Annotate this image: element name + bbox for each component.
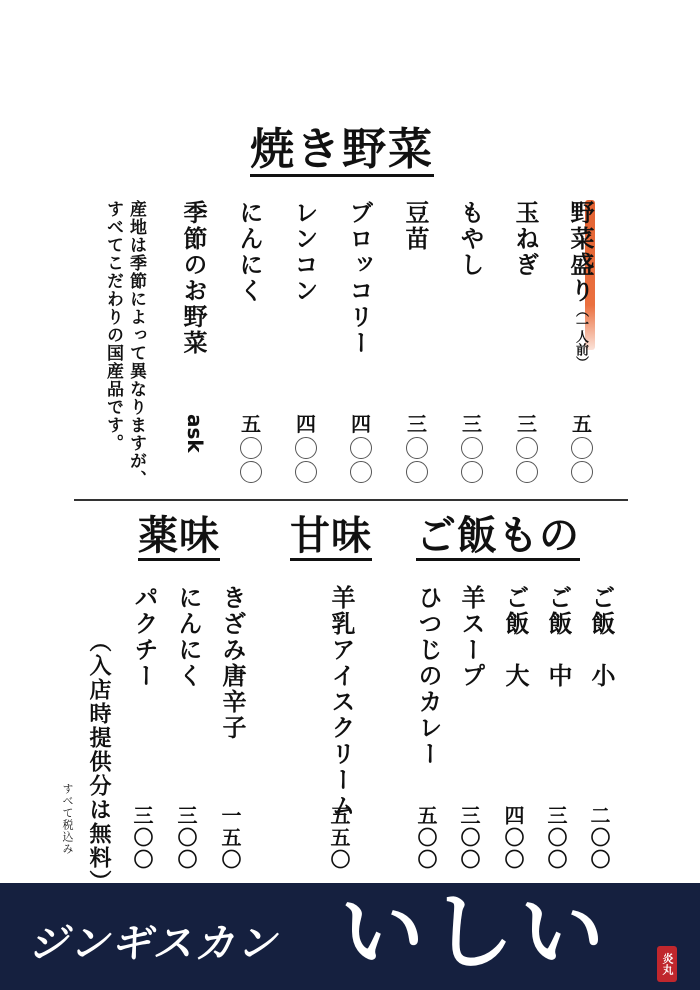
menu-item-ninniku: にんにく bbox=[237, 200, 261, 304]
section-title-yakumi: 薬味 bbox=[138, 512, 220, 561]
price-broccoli: 四 bbox=[347, 414, 375, 484]
menu-item-renkon: レンコン bbox=[292, 200, 316, 304]
section-title-gohan: ご飯もの bbox=[416, 512, 580, 561]
price-hitsuji-curry: 五〇〇 bbox=[416, 805, 436, 871]
menu-item-tamanegi: 玉ねぎ bbox=[513, 200, 537, 278]
price-gohan-chu: 三〇〇 bbox=[546, 805, 566, 871]
price-yasai-mori: 五 bbox=[568, 414, 596, 484]
portion-note: （一人前） bbox=[573, 304, 588, 369]
menu-item-toumyou: 豆苗 bbox=[403, 200, 427, 252]
seal-stamp: 炎丸 bbox=[657, 946, 677, 982]
menu-item-broccoli: ブロッコリー bbox=[347, 200, 371, 356]
menu-item-gohan-chu: ご飯 中 bbox=[546, 585, 570, 689]
menu-item-hitsuji-soup: 羊スープ bbox=[459, 585, 483, 689]
price-pakuchi: 三〇〇 bbox=[132, 805, 152, 871]
menu-item-hitsuji-curry: ひつじのカレー bbox=[416, 585, 440, 767]
price-gohan-dai: 四〇〇 bbox=[503, 805, 523, 871]
menu-item-yonyu-icecream: 羊乳アイスクリーム bbox=[329, 585, 353, 819]
yakiyasai-title: 焼き野菜 bbox=[250, 124, 434, 177]
menu-item-gohan-dai: ご飯 大 bbox=[503, 585, 527, 689]
menu-item-kisetsu-yasai: 季節のお野菜 bbox=[181, 200, 205, 356]
menu-item-pakuchi: パクチー bbox=[132, 585, 156, 689]
price-kizami-togarashi: 一五〇 bbox=[220, 805, 240, 871]
brand-name: いしい bbox=[340, 890, 610, 974]
section-divider bbox=[74, 499, 628, 501]
origin-note-line1: 産地は季節によって異なりますが、 bbox=[127, 200, 144, 488]
menu-item-yakumi-ninniku: にんにく bbox=[176, 585, 200, 689]
tax-included-note: すべて税込み bbox=[62, 783, 73, 855]
yakumi-free-note: （入店時提供分は無料） bbox=[88, 630, 110, 894]
menu-item-kizami-togarashi: きざみ唐辛子 bbox=[220, 585, 244, 741]
price-toumyou: 三 bbox=[403, 414, 431, 484]
price-hitsuji-soup: 三〇〇 bbox=[459, 805, 479, 871]
price-moyashi: 三 bbox=[458, 414, 486, 484]
price-tamanegi: 三 bbox=[513, 414, 541, 484]
price-yonyu-icecream: 五五〇 bbox=[329, 805, 349, 871]
price-yakumi-ninniku: 三〇〇 bbox=[176, 805, 196, 871]
menu-item-moyashi: もやし bbox=[458, 200, 482, 278]
price-gohan-sho: 二〇〇 bbox=[589, 805, 609, 871]
price-renkon: 四 bbox=[292, 414, 320, 484]
menu-item-gohan-sho: ご飯 小 bbox=[589, 585, 613, 689]
price-ninniku: 五 bbox=[237, 414, 265, 484]
section-title-amami: 甘味 bbox=[290, 512, 372, 561]
brand-prefix: ジンギスカン bbox=[28, 912, 278, 969]
menu-item-yasai-mori: 野菜盛り（一人前） bbox=[568, 200, 592, 369]
origin-note-line2: すべてこだわりの国産品です。 bbox=[104, 200, 121, 452]
price-kisetsu-ask: ask bbox=[181, 414, 209, 453]
